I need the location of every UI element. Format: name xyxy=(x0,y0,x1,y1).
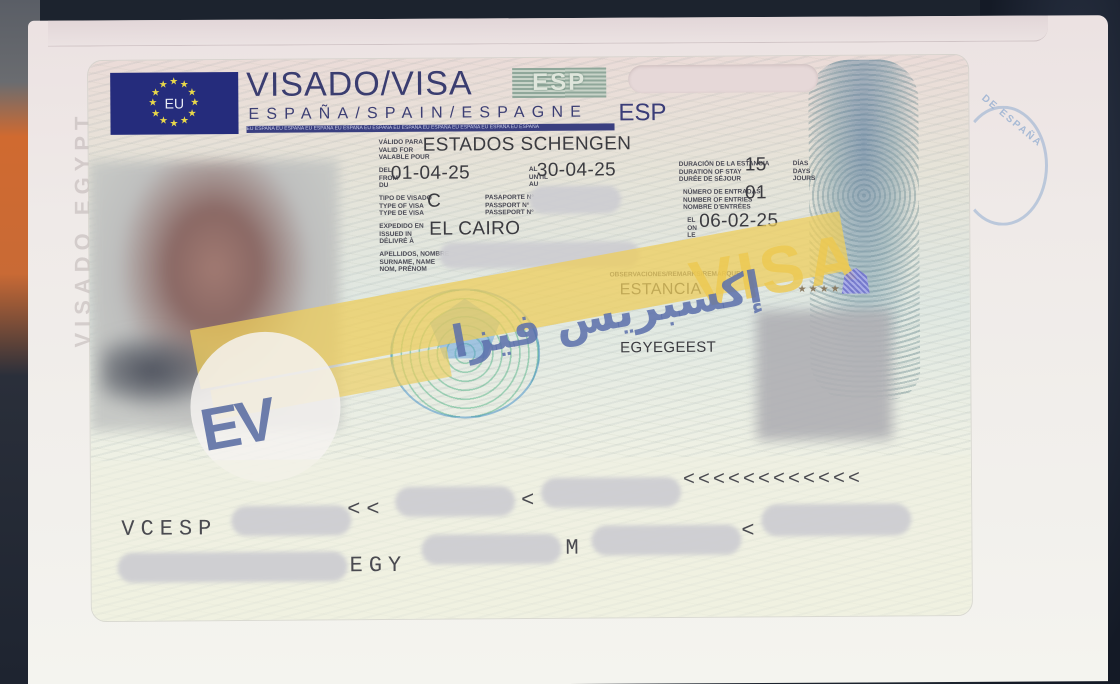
mrz-line1-fill: <<<<<<<<<<<< xyxy=(683,468,863,492)
country-code: ESP xyxy=(618,99,666,127)
mrz-redact-2 xyxy=(395,486,515,517)
mrz-line1-prefix: VCESP xyxy=(121,516,217,542)
duration-unit: DÍAS DAYS JOURS xyxy=(793,160,816,183)
eu-star-icon: ★ xyxy=(148,99,157,109)
mrz-redact-3 xyxy=(541,477,681,508)
mrz-line1-sep1: << xyxy=(347,497,386,522)
visa-sticker: EU ★★★★★★★★★★★★ VISADO/VISA ESP ESPAÑA/S… xyxy=(88,55,972,621)
eu-star-icon: ★ xyxy=(169,119,178,129)
eu-star-icon: ★ xyxy=(169,77,178,87)
visa-type-label: TIPO DE VISADO TYPE OF VISA TYPE DE VISA xyxy=(379,195,432,218)
mrz-redact-4 xyxy=(117,551,347,583)
passport-no-label: PASAPORTE Nº PASSPORT Nº PASSEPORT Nº xyxy=(485,194,534,217)
issued-in-label: EXPEDIDO EN ISSUED IN DÉLIVRÉ À xyxy=(379,223,424,246)
mrz-line2-nat: EGY xyxy=(349,553,407,578)
eu-star-icon: ★ xyxy=(180,117,189,127)
eu-star-icon: ★ xyxy=(159,117,168,127)
from-value: 01-04-25 xyxy=(391,162,470,185)
eu-flag-icon: EU ★★★★★★★★★★★★ xyxy=(110,72,238,135)
country-badge: ESP xyxy=(512,67,606,98)
duration-value: 15 xyxy=(745,154,767,176)
entries-value: 01 xyxy=(745,182,767,204)
eu-star-icon: ★ xyxy=(159,80,168,90)
watermark-logo: EV xyxy=(195,384,278,465)
stars-decoration: ★★★★ xyxy=(798,284,842,295)
mrz-redact-5 xyxy=(421,534,561,565)
valid-for-value: ESTADOS SCHENGEN xyxy=(423,133,632,156)
mrz-redact-6 xyxy=(591,525,741,556)
eu-star-icon: ★ xyxy=(151,109,160,119)
eu-star-icon: ★ xyxy=(190,98,199,108)
entry-stamp xyxy=(958,105,1048,225)
mrz-line2-fill: < xyxy=(741,518,760,543)
issued-in-value: EL CAIRO xyxy=(429,218,520,241)
mrz-redact-1 xyxy=(231,505,351,536)
visa-title: VISADO/VISA xyxy=(246,64,473,105)
passport-no-redacted xyxy=(529,185,621,214)
visa-subtitle: ESPAÑA/SPAIN/ESPAGNE xyxy=(248,104,588,124)
page-fold xyxy=(48,15,1048,46)
visa-type-value: C xyxy=(427,191,441,213)
mrz-line2-sex: M xyxy=(565,536,584,561)
mrz-line1-sep2: < xyxy=(521,488,540,513)
redacted-number xyxy=(628,64,818,93)
mrz-redact-7 xyxy=(761,503,911,536)
ghost-portrait-redacted xyxy=(756,309,893,440)
remarks-extra: EGYEGEEST xyxy=(620,339,716,357)
until-value: 30-04-25 xyxy=(537,159,616,182)
issued-on-label: EL ON LE xyxy=(687,217,697,240)
